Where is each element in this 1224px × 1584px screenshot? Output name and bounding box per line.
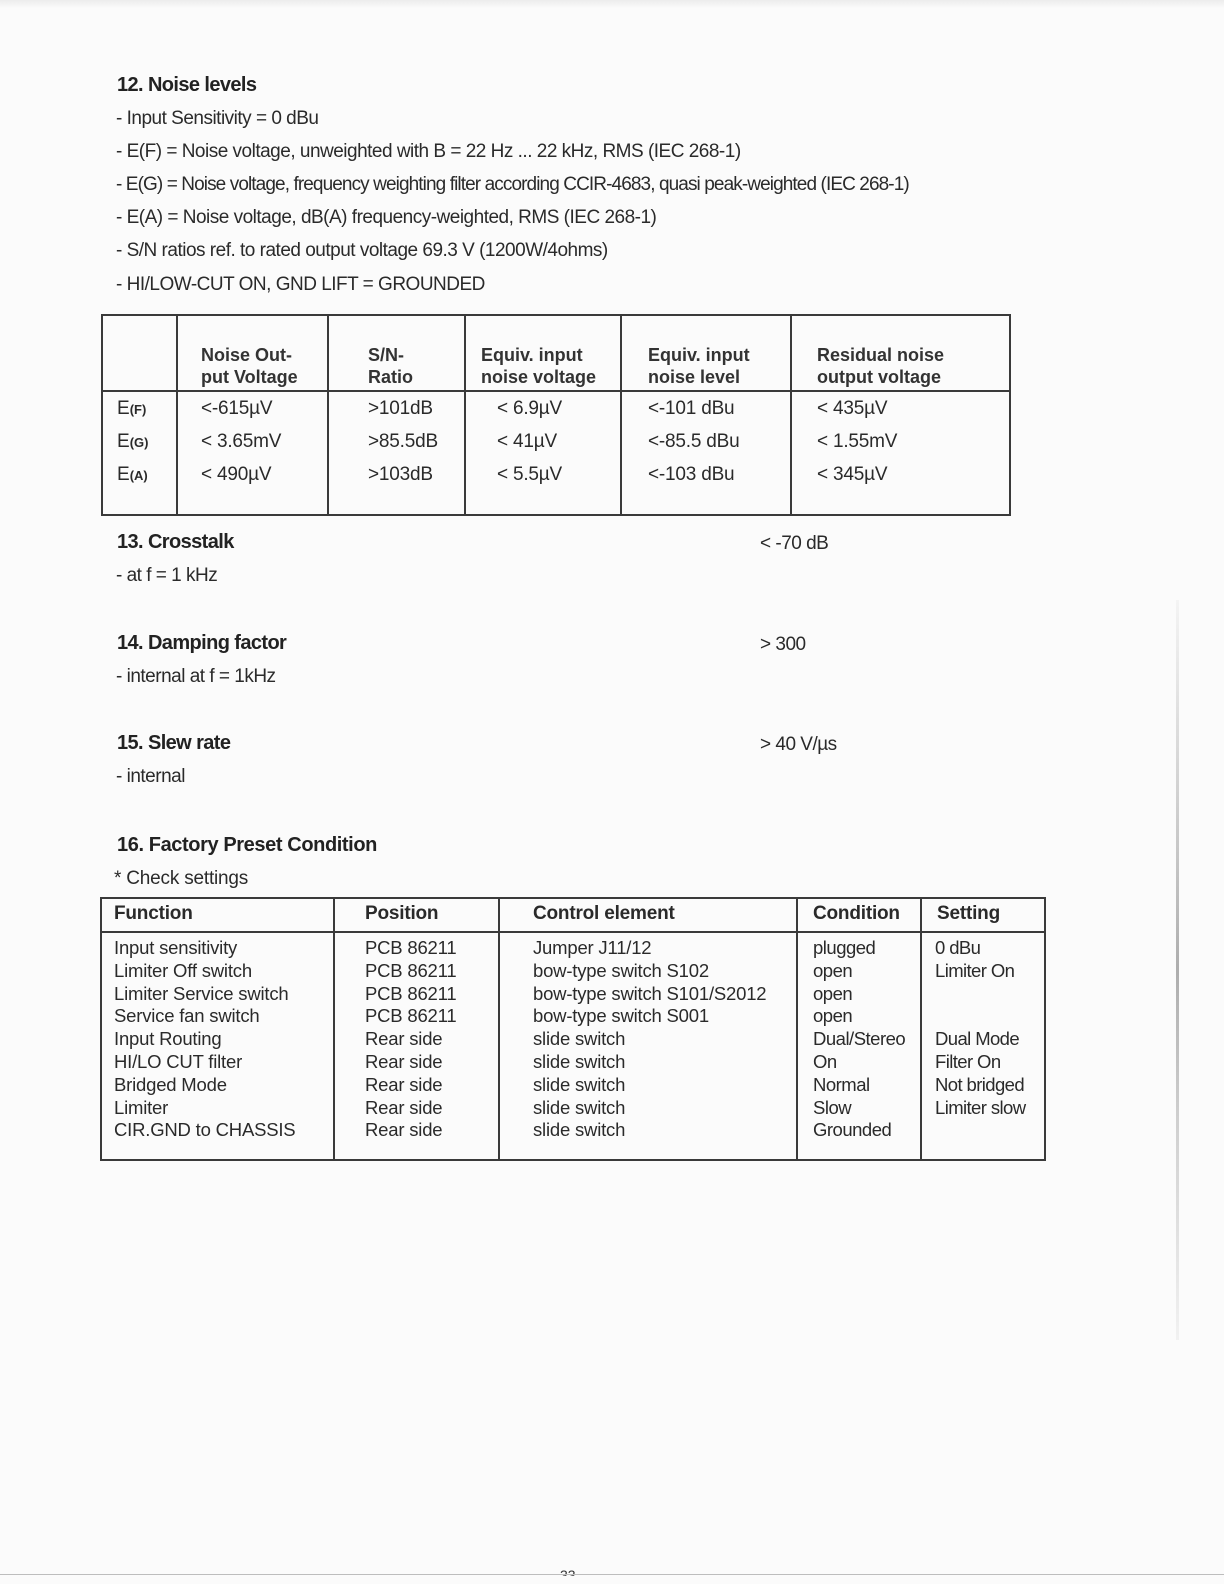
- crosstalk-condition: - at f = 1 kHz: [116, 565, 217, 587]
- damping-factor-condition: - internal at f = 1kHz: [116, 666, 276, 688]
- table-cell: Limiter On: [935, 960, 1025, 983]
- table-cell: < 435µV: [817, 398, 887, 420]
- page-top-edge: [0, 0, 1224, 8]
- table-cell: PCB 86211: [365, 983, 456, 1006]
- table-cell: Dual/Stereo: [813, 1028, 905, 1051]
- row-label-main: E: [117, 398, 130, 419]
- table-cell: >85.5dB: [368, 431, 438, 453]
- column-header-sn-ratio: S/N- Ratio: [368, 344, 413, 388]
- slew-rate-value: > 40 V/µs: [760, 734, 837, 756]
- section-15-heading: 15. Slew rate: [117, 732, 230, 755]
- table-cell: < 41µV: [497, 431, 557, 453]
- table-header-divider: [103, 390, 1009, 392]
- table-divider: [790, 316, 792, 514]
- function-column: Input sensitivity Limiter Off switch Lim…: [114, 937, 295, 1142]
- table-cell: bow-type switch S001: [533, 1005, 766, 1028]
- table-cell: slide switch: [533, 1119, 766, 1142]
- column-header-position: Position: [365, 903, 438, 925]
- table-cell: Service fan switch: [114, 1005, 295, 1028]
- setting-column: 0 dBu Limiter On Dual Mode Filter On Not…: [935, 937, 1025, 1142]
- condition-column: plugged open open open Dual/Stereo On No…: [813, 937, 905, 1142]
- crosstalk-value: < -70 dB: [760, 533, 828, 555]
- table-cell: Bridged Mode: [114, 1074, 295, 1097]
- slew-rate-condition: - internal: [116, 766, 185, 788]
- table-cell: <-615µV: [201, 398, 272, 420]
- noise-note-input-sensitivity: - Input Sensitivity = 0 dBu: [116, 108, 318, 130]
- row-label-ef: E(F): [117, 398, 146, 420]
- table-cell: >101dB: [368, 398, 433, 420]
- table-cell: [935, 1119, 1025, 1142]
- noise-note-ef: - E(F) = Noise voltage, unweighted with …: [116, 141, 741, 163]
- noise-note-eg: - E(G) = Noise voltage, frequency weight…: [116, 174, 909, 196]
- column-header-condition: Condition: [813, 903, 900, 925]
- table-cell: [935, 1005, 1025, 1028]
- table-cell: Not bridged: [935, 1074, 1025, 1097]
- table-cell: < 5.5µV: [497, 464, 562, 486]
- table-cell: >103dB: [368, 464, 433, 486]
- table-cell: Limiter: [114, 1097, 295, 1120]
- table-cell: <-101 dBu: [648, 398, 734, 420]
- table-cell: <-85.5 dBu: [648, 431, 740, 453]
- table-cell: < 1.55mV: [817, 431, 897, 453]
- table-cell: < 345µV: [817, 464, 887, 486]
- table-cell: Rear side: [365, 1097, 456, 1120]
- table-cell: Limiter Service switch: [114, 983, 295, 1006]
- table-cell: slide switch: [533, 1074, 766, 1097]
- scan-artifact-strip: [1176, 600, 1179, 1340]
- table-header-divider: [102, 931, 1044, 933]
- table-cell: PCB 86211: [365, 960, 456, 983]
- table-cell: < 6.9µV: [497, 398, 562, 420]
- table-cell: open: [813, 960, 905, 983]
- table-cell: < 490µV: [201, 464, 271, 486]
- column-header-control-element: Control element: [533, 903, 675, 925]
- control-element-column: Jumper J11/12 bow-type switch S102 bow-t…: [533, 937, 766, 1142]
- column-header-residual-noise-output-voltage: Residual noise output voltage: [817, 344, 944, 388]
- table-cell: CIR.GND to CHASSIS: [114, 1119, 295, 1142]
- position-column: PCB 86211 PCB 86211 PCB 86211 PCB 86211 …: [365, 937, 456, 1142]
- noise-note-ea: - E(A) = Noise voltage, dB(A) frequency-…: [116, 207, 656, 229]
- table-cell: Rear side: [365, 1028, 456, 1051]
- table-cell: Limiter slow: [935, 1097, 1025, 1120]
- table-cell: HI/LO CUT filter: [114, 1051, 295, 1074]
- table-cell: Input sensitivity: [114, 937, 295, 960]
- section-12-heading: 12. Noise levels: [117, 74, 256, 97]
- noise-note-hilow-cut: - HI/LOW-CUT ON, GND LIFT = GROUNDED: [116, 274, 485, 296]
- table-divider: [333, 899, 335, 1159]
- column-header-setting: Setting: [937, 903, 1000, 925]
- section-13-heading: 13. Crosstalk: [117, 531, 234, 554]
- table-divider: [920, 899, 922, 1159]
- row-label-main: E: [117, 464, 130, 485]
- column-header-equiv-input-noise-level: Equiv. input noise level: [648, 344, 750, 388]
- table-cell: Input Routing: [114, 1028, 295, 1051]
- table-divider: [498, 899, 500, 1159]
- table-cell: bow-type switch S102: [533, 960, 766, 983]
- noise-note-sn-ratio: - S/N ratios ref. to rated output voltag…: [116, 240, 608, 262]
- table-cell: slide switch: [533, 1051, 766, 1074]
- table-divider: [464, 316, 466, 514]
- table-cell: <-103 dBu: [648, 464, 734, 486]
- table-cell: Slow: [813, 1097, 905, 1120]
- table-cell: Rear side: [365, 1051, 456, 1074]
- table-cell: 0 dBu: [935, 937, 1025, 960]
- page-bottom-edge: [0, 1574, 1224, 1575]
- section-14-heading: 14. Damping factor: [117, 632, 286, 655]
- table-divider: [620, 316, 622, 514]
- damping-factor-value: > 300: [760, 634, 806, 656]
- row-label-ea: E(A): [117, 464, 148, 486]
- check-settings-note: * Check settings: [114, 868, 248, 890]
- table-cell: open: [813, 983, 905, 1006]
- factory-preset-table: Function Position Control element Condit…: [100, 897, 1046, 1161]
- table-cell: PCB 86211: [365, 1005, 456, 1028]
- section-16-heading: 16. Factory Preset Condition: [117, 834, 377, 857]
- table-cell: Normal: [813, 1074, 905, 1097]
- noise-levels-table: Noise Out- put Voltage S/N- Ratio Equiv.…: [101, 314, 1011, 516]
- table-divider: [176, 316, 178, 514]
- table-cell: open: [813, 1005, 905, 1028]
- table-cell: bow-type switch S101/S2012: [533, 983, 766, 1006]
- table-cell: Dual Mode: [935, 1028, 1025, 1051]
- table-cell: slide switch: [533, 1028, 766, 1051]
- row-label-sub: (F): [130, 402, 147, 417]
- table-cell: slide switch: [533, 1097, 766, 1120]
- table-divider: [796, 899, 798, 1159]
- table-cell: On: [813, 1051, 905, 1074]
- row-label-sub: (A): [130, 468, 148, 483]
- column-header-function: Function: [114, 903, 193, 925]
- table-cell: Rear side: [365, 1119, 456, 1142]
- column-header-noise-output-voltage: Noise Out- put Voltage: [201, 344, 298, 388]
- table-cell: Limiter Off switch: [114, 960, 295, 983]
- row-label-main: E: [117, 431, 130, 452]
- table-divider: [327, 316, 329, 514]
- table-cell: Rear side: [365, 1074, 456, 1097]
- table-cell: Grounded: [813, 1119, 905, 1142]
- table-cell: < 3.65mV: [201, 431, 281, 453]
- row-label-sub: (G): [130, 435, 149, 450]
- table-cell: plugged: [813, 937, 905, 960]
- table-cell: PCB 86211: [365, 937, 456, 960]
- column-header-equiv-input-noise-voltage: Equiv. input noise voltage: [481, 344, 596, 388]
- row-label-eg: E(G): [117, 431, 148, 453]
- table-cell: Jumper J11/12: [533, 937, 766, 960]
- table-cell: Filter On: [935, 1051, 1025, 1074]
- table-cell: [935, 983, 1025, 1006]
